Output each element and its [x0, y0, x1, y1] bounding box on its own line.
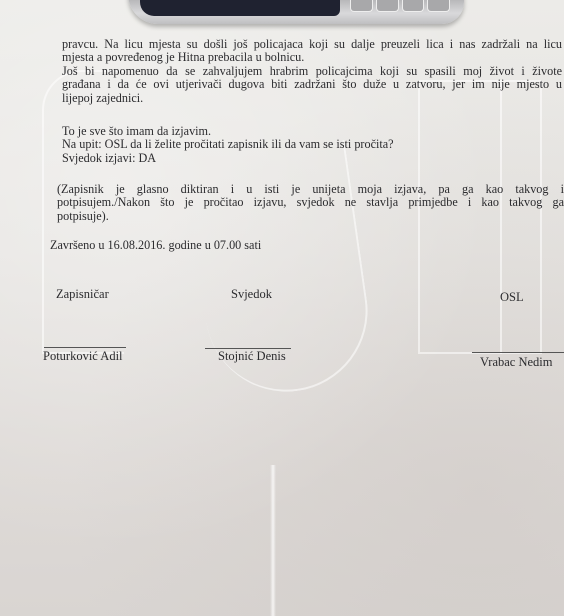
- statement-block: To je sve što imam da izjavim. Na upit: …: [62, 125, 394, 165]
- note-block: (Zapisnik je glasno diktiran i u isti je…: [57, 183, 564, 223]
- signature-name-zapisnicar: Poturković Adil: [43, 349, 123, 364]
- phone-keypad: [350, 0, 450, 12]
- signature-role-osl: OSL: [500, 290, 524, 305]
- signature-line: [44, 347, 126, 348]
- text-line: lijepoj zajednici.: [62, 92, 562, 105]
- signature-name-osl: Vrabac Nedim: [480, 355, 552, 370]
- mobile-phone-object: [128, 0, 464, 24]
- text-line: Svjedok izjavi: DA: [62, 152, 394, 165]
- signature-role-zapisnicar: Zapisničar: [56, 287, 109, 302]
- signature-line: [472, 352, 564, 353]
- text-line: mjesta a povređenog je Hitna prebacila u…: [62, 51, 562, 64]
- text-line: To je sve što imam da izjavim.: [62, 125, 394, 138]
- text-line: Na upit: OSL da li želite pročitati zapi…: [62, 138, 394, 151]
- paper-crease: [270, 465, 276, 616]
- signature-name-svjedok: Stojnić Denis: [218, 349, 286, 364]
- top-paragraph: pravcu. Na licu mjesta su došli još poli…: [62, 38, 562, 105]
- signature-role-svjedok: Svjedok: [231, 287, 272, 302]
- text-line: pravcu. Na licu mjesta su došli još poli…: [62, 38, 562, 51]
- completion-line: Završeno u 16.08.2016. godine u 07.00 sa…: [50, 239, 261, 252]
- text-line: potpisujem./Nakon što je pročitao izjavu…: [57, 196, 564, 209]
- text-line: građana i da će ovi utjerivači dugova bi…: [62, 78, 562, 91]
- text-line: potpisuje).: [57, 210, 564, 223]
- text-line: Još bi napomenuo da se zahvaljujem hrabr…: [62, 65, 562, 78]
- text-line: (Zapisnik je glasno diktiran i u isti je…: [57, 183, 564, 196]
- phone-screen: [140, 0, 340, 16]
